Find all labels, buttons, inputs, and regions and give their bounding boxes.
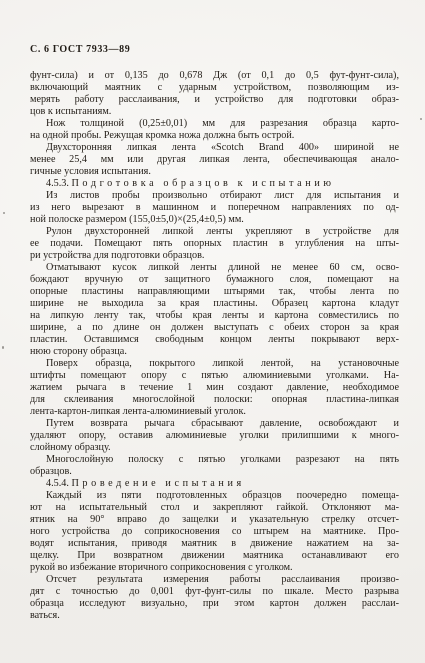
text-line: Каждый из пяти подготовленных образцов п… (30, 490, 399, 502)
text-line: образца исследуют визуально, при этом ка… (30, 598, 399, 610)
scanned-document-page: С. 6 ГОСТ 7933—89 фунт-сила) и от 0,135 … (0, 0, 425, 663)
section-title: Подготовка образцов к испытанию (71, 178, 334, 189)
text-line: щелку. При возвратном движении маятника … (30, 550, 399, 562)
text-line: Двухсторонняя липкая лента «Scotch Brand… (30, 142, 399, 154)
text-line: Отсчет результата измерения работы рассл… (30, 574, 399, 586)
text-line: водят испытания, приводя маятник в движе… (30, 538, 399, 550)
text-line: штифты помещают опору с пятью алюминиевы… (30, 370, 399, 382)
text-line: бождают вручную от защитного бумажного с… (30, 274, 399, 286)
text-line: ее подачи. Помещают пять опорных пластин… (30, 238, 399, 250)
text-line: Рулон двухсторонней липкой ленты укрепля… (30, 226, 399, 238)
text-line: пластин. Оставшимся свободным концом лен… (30, 334, 399, 346)
text-line: удаляют опору, оставив алюминиевые уголк… (30, 430, 399, 442)
text-line: дят с точностью до 0,001 фут-фунт-силы п… (30, 586, 399, 598)
paragraph-adhesive-tape: Двухсторонняя липкая лента «Scotch Brand… (30, 142, 399, 178)
text-line: включающий маятник с ударным устройством… (30, 82, 399, 94)
text-line: на липкую ленту так, чтобы края ленты и … (30, 310, 399, 322)
text-line: нюю сторону образца. (30, 346, 399, 358)
text-line: опорные пластины направляющими штырями т… (30, 286, 399, 298)
text-line: Из листов пробы произвольно отбирают лис… (30, 190, 399, 202)
text-line: цов к испытаниям. (30, 106, 399, 118)
paragraph-knife: Нож толщиной (0,25±0,01) мм для разрезан… (30, 118, 399, 142)
text-line: из него вырезают в машинном и поперечном… (30, 202, 399, 214)
text-line: ного устройства до соприкосновения со шт… (30, 526, 399, 538)
paragraph-pressing: Поверх образца, покрытого липкой лентой,… (30, 358, 399, 418)
text-line: жатием рычага в течение 1 мин создают да… (30, 382, 399, 394)
text-line: ют на испытательный стол и закрепляют га… (30, 502, 399, 514)
paragraph-pendulum-intro: фунт-сила) и от 0,135 до 0,678 Дж (от 0,… (30, 70, 399, 118)
paragraph-tape-unwinding: Отматывают кусок липкой ленты длиной не … (30, 262, 399, 358)
text-line: ваться. (30, 610, 399, 622)
section-title: Проведение испытания (71, 478, 244, 489)
text-line: ри устройства для подготовки образцов. (30, 250, 399, 262)
text-column: фунт-сила) и от 0,135 до 0,678 Дж (от 0,… (30, 70, 399, 622)
scan-speck (2, 346, 4, 349)
paragraph-test-procedure: Каждый из пяти подготовленных образцов п… (30, 490, 399, 574)
text-line: Нож толщиной (0,25±0,01) мм для разрезан… (30, 118, 399, 130)
text-line: Поверх образца, покрытого липкой лентой,… (30, 358, 399, 370)
scan-speck (3, 212, 5, 214)
text-line: ной полоске размером (155,0±5,0)×(25,4±0… (30, 214, 399, 226)
paragraph-pressure-release: Путем возврата рычага сбрасывают давлени… (30, 418, 399, 454)
text-line: слойному образцу. (30, 442, 399, 454)
text-line: мерять работу расслаивания, и устройство… (30, 94, 399, 106)
text-line: Путем возврата рычага сбрасывают давлени… (30, 418, 399, 430)
text-line: на одной пробы. Режущая кромка ножа долж… (30, 130, 399, 142)
paragraph-sample-selection: Из листов пробы произвольно отбирают лис… (30, 190, 399, 226)
paragraph-cutting: Многослойную полоску с пятью уголками ра… (30, 454, 399, 478)
scan-speck (420, 118, 422, 120)
text-line: образцов. (30, 466, 399, 478)
text-line: ширине, а по длине он должен выступать с… (30, 322, 399, 334)
running-header: С. 6 ГОСТ 7933—89 (30, 44, 130, 55)
paragraph-result-reading: Отсчет результата измерения работы рассл… (30, 574, 399, 622)
section-number: 4.5.3. (46, 178, 69, 189)
section-heading-4-5-3: 4.5.3. Подготовка образцов к испытанию (30, 178, 399, 190)
text-line: фунт-сила) и от 0,135 до 0,678 Дж (от 0,… (30, 70, 399, 82)
text-line: менее 25,4 мм или другая липкая лента, о… (30, 154, 399, 166)
section-heading-4-5-4: 4.5.4. Проведение испытания (30, 478, 399, 490)
section-number: 4.5.4. (46, 478, 69, 489)
text-line: ширине не выходила за края пластины. Обр… (30, 298, 399, 310)
text-line: рукой во избежание вторичного соприкосно… (30, 562, 399, 574)
text-line: для склеивания многослойной полоски: опо… (30, 394, 399, 406)
text-line: лента-картон-липкая лента-алюминиевый уг… (30, 406, 399, 418)
text-line: Многослойную полоску с пятью уголками ра… (30, 454, 399, 466)
text-line: ятник на 90° вправо до защелки и указате… (30, 514, 399, 526)
text-line: гичные условия испытания. (30, 166, 399, 178)
paragraph-tape-roll: Рулон двухсторонней липкой ленты укрепля… (30, 226, 399, 262)
text-line: Отматывают кусок липкой ленты длиной не … (30, 262, 399, 274)
